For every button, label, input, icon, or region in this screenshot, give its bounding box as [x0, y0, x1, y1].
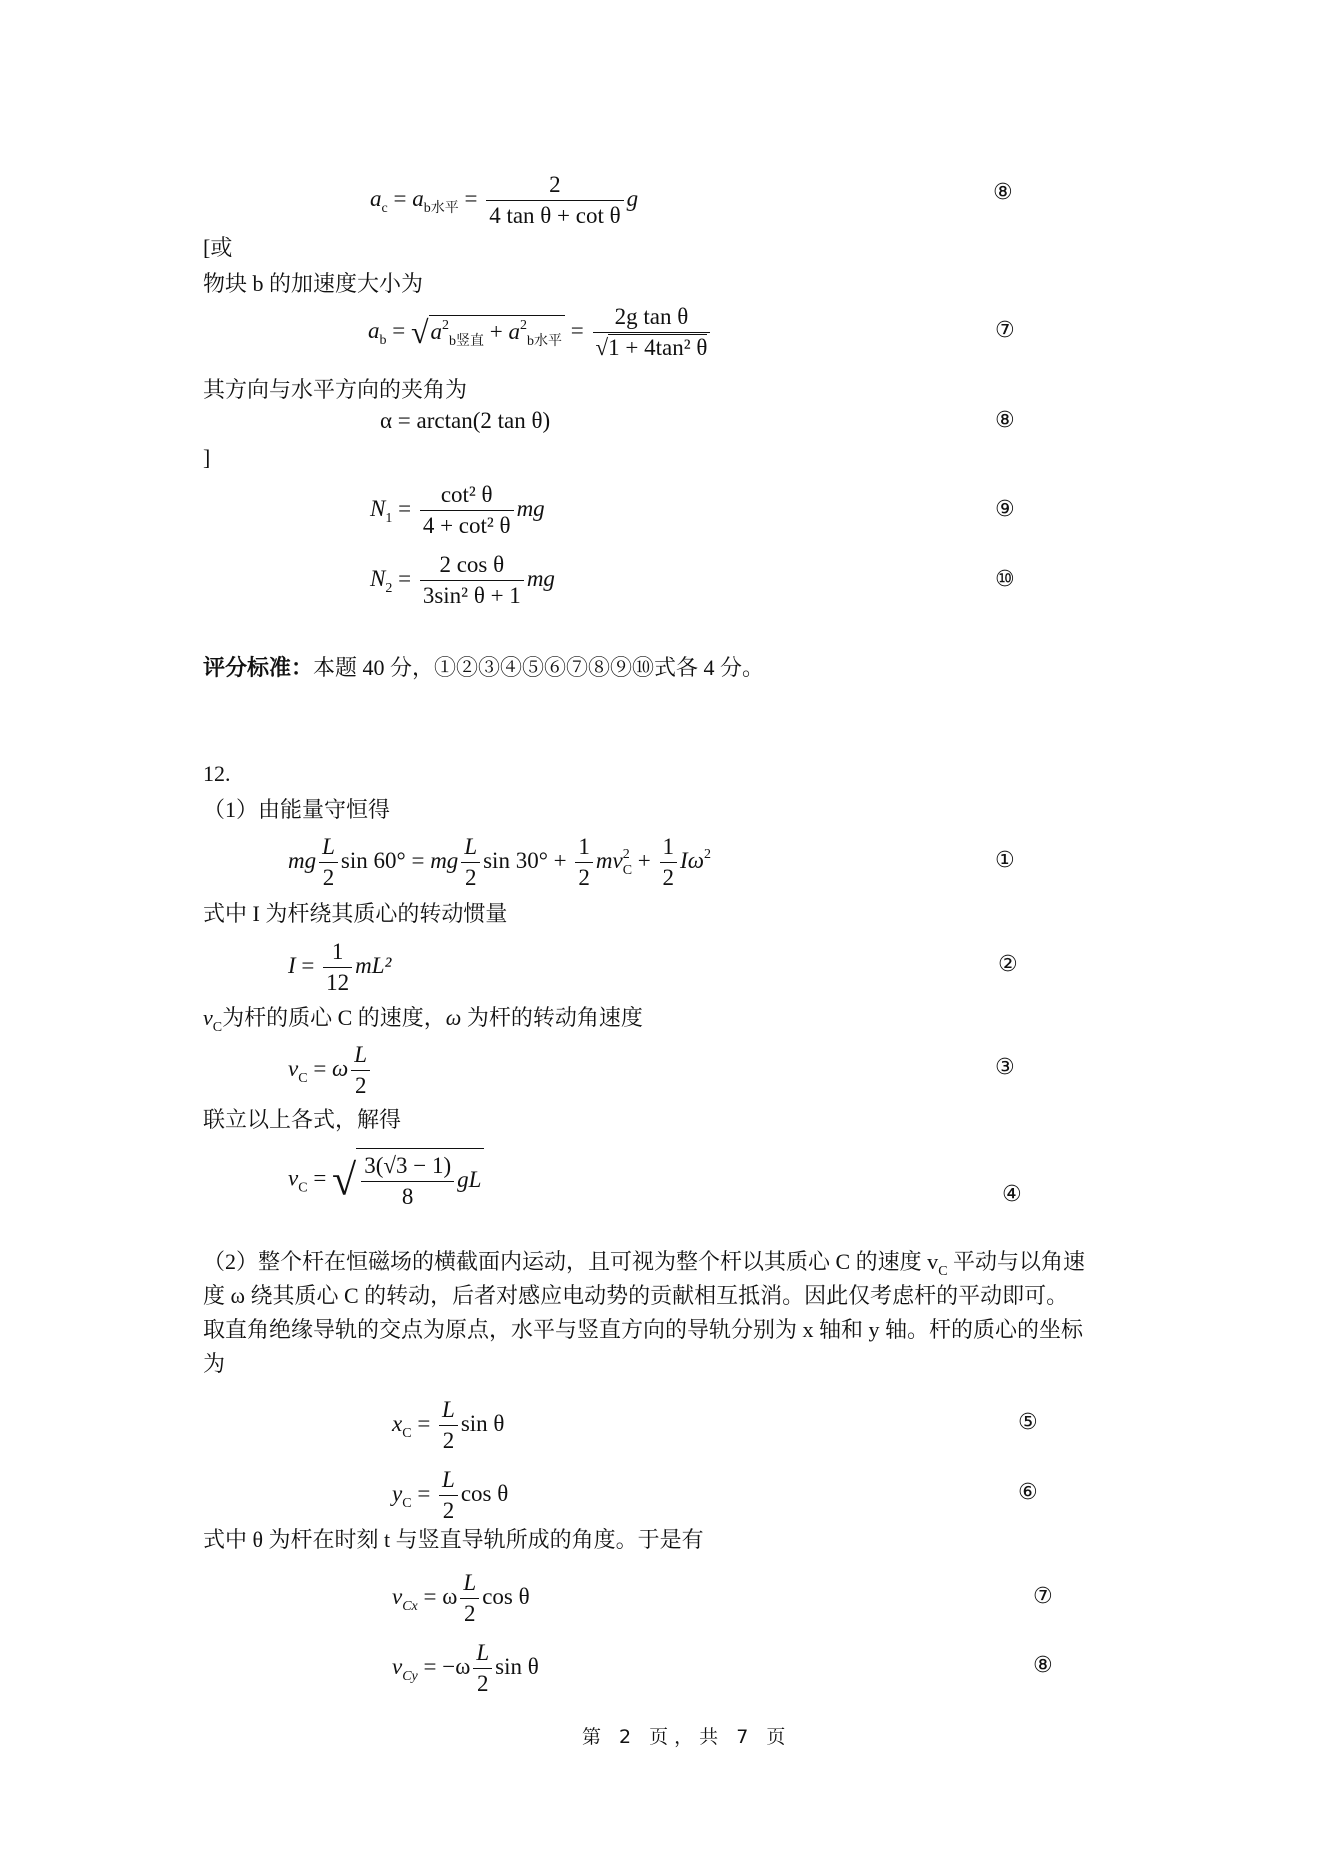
denominator: 4 tan θ + cot θ: [486, 201, 623, 231]
var-a: a: [370, 186, 382, 211]
fraction: 24 tan θ + cot θ: [486, 170, 623, 231]
numerator: 2: [486, 170, 623, 201]
numerator: L: [473, 1638, 492, 1669]
text-line: vC为杆的质心 C 的速度，ω 为杆的转动角速度: [203, 1004, 643, 1042]
equation-number: ①: [995, 848, 1015, 873]
sub-b: b: [380, 333, 387, 348]
equation-number: ⑦: [995, 318, 1015, 343]
sub-c: c: [382, 201, 388, 216]
scoring-line: 评分标准：本题 40 分，①②③④⑤⑥⑦⑧⑨⑩式各 4 分。: [203, 654, 764, 683]
equation-5-xc: xC = L2sin θ: [392, 1395, 504, 1456]
problem-number: 12.: [203, 760, 231, 788]
equation-7-vcx: vCx = ωL2cos θ: [392, 1568, 530, 1629]
text-line: 物块 b 的加速度大小为: [203, 270, 423, 298]
equation-number: ⑩: [995, 567, 1015, 592]
part-2-line-3: 取直角绝缘导轨的交点为原点，水平与竖直方向的导轨分别为 x 轴和 y 轴。杆的质…: [203, 1316, 1083, 1344]
equation-8-alpha: α = arctan(2 tan θ): [380, 408, 550, 434]
equation-1-energy: mgL2sin 60° = mgL2sin 30° + 12mv2C + 12I…: [288, 832, 711, 893]
fraction: cot² θ4 + cot² θ: [420, 480, 514, 541]
var-i: I: [288, 953, 296, 978]
equation-number: ⑧: [995, 408, 1015, 433]
sub-bv: b竖直: [449, 334, 484, 349]
equation-number: ⑨: [995, 497, 1015, 522]
sub-bh: b水平: [527, 334, 562, 349]
var-g: g: [627, 186, 639, 211]
equation-4-vc-result: vC = √3(√3 − 1)8gL: [288, 1148, 484, 1212]
part-1-intro: （1）由能量守恒得: [203, 796, 390, 824]
equation-number: ④: [1002, 1182, 1022, 1207]
denominator: 2: [460, 1599, 479, 1629]
equation-number: ③: [995, 1055, 1015, 1080]
var-v: v: [392, 1654, 402, 1679]
equation-8-ac: ac = ab水平 = 24 tan θ + cot θg: [370, 170, 638, 231]
equation-number: ⑧: [993, 180, 1013, 205]
sqrt: √a2b竖直 + a2b水平: [411, 314, 565, 351]
numerator: 1: [323, 937, 352, 968]
denominator: 2: [439, 1426, 458, 1456]
var-n: N: [370, 566, 385, 591]
equation-number: ②: [998, 952, 1018, 977]
denominator: 12: [323, 968, 352, 998]
denominator-radicand: 1 + 4tan² θ: [608, 334, 707, 360]
equation-3-vc: vC = ωL2: [288, 1040, 373, 1101]
equation-9-n1: N1 = cot² θ4 + cot² θmg: [370, 480, 545, 541]
denominator: 2: [439, 1496, 458, 1526]
numerator: cot² θ: [420, 480, 514, 511]
prefix: = ω: [424, 1584, 458, 1609]
equation-8-vcy: vCy = −ωL2sin θ: [392, 1638, 539, 1699]
scoring-label: 评分标准：: [203, 656, 313, 681]
denominator: 4 + cot² θ: [420, 511, 514, 541]
term: sin θ: [461, 1411, 505, 1436]
scoring-text: 本题 40 分，①②③④⑤⑥⑦⑧⑨⑩式各 4 分。: [313, 655, 764, 680]
alt-close-bracket: ]: [203, 444, 210, 472]
sub-cx: Cx: [402, 1599, 418, 1614]
var-gl: gL: [457, 1167, 481, 1192]
text-line: 式中 θ 为杆在时刻 t 与竖直导轨所成的角度。于是有: [203, 1526, 704, 1554]
var-ml2: mL²: [355, 953, 391, 978]
term: cos θ: [461, 1481, 508, 1506]
fraction: 2g tan θ√1 + 4tan² θ: [593, 302, 711, 363]
var-x: x: [392, 1411, 402, 1436]
page-footer: 第 2 页，共 7 页: [582, 1722, 791, 1749]
sub-bh: b水平: [424, 201, 459, 216]
numerator: L: [439, 1395, 458, 1426]
prefix: = −ω: [424, 1654, 471, 1679]
equation-number: ⑦: [1033, 1584, 1053, 1609]
text-span: （2）整个杆在恒磁场的横截面内运动，且可视为整个杆以其质心 C 的速度 v: [203, 1249, 938, 1274]
equation-10-n2: N2 = 2 cos θ3sin² θ + 1mg: [370, 550, 555, 611]
var-mg: mg: [517, 496, 545, 521]
var-n: N: [370, 496, 385, 521]
equation-number: ⑥: [1018, 1480, 1038, 1505]
text-omega: 为杆的转动角速度: [467, 1005, 643, 1030]
denominator: 3sin² θ + 1: [420, 581, 524, 611]
var-mg: mg: [527, 566, 555, 591]
equation-number: ⑤: [1018, 1410, 1038, 1435]
equation-6-yc: yC = L2cos θ: [392, 1465, 508, 1526]
denominator: 8: [361, 1182, 454, 1212]
text-vc: 为杆的质心 C 的速度，: [222, 1005, 446, 1030]
var-a: a: [412, 186, 424, 211]
numerator: 3(√3 − 1): [361, 1151, 454, 1182]
sub-c: C: [402, 1496, 411, 1511]
equation-number: ⑧: [1033, 1653, 1053, 1678]
text-line: 其方向与水平方向的夹角为: [203, 376, 467, 404]
sub-1: 1: [385, 511, 392, 526]
part-2-line-2: 度 ω 绕其质心 C 的转动，后者对感应电动势的贡献相互抵消。因此仅考虑杆的平动…: [203, 1282, 1068, 1310]
equation-7-ab: ab = √a2b竖直 + a2b水平 = 2g tan θ√1 + 4tan²…: [368, 302, 713, 363]
sub-2: 2: [385, 581, 392, 596]
sub-c: C: [402, 1426, 411, 1441]
var-a: a: [368, 318, 380, 343]
denominator: √1 + 4tan² θ: [593, 333, 711, 363]
part-2-line-4: 为: [203, 1350, 225, 1378]
denominator: 2: [473, 1669, 492, 1699]
fraction: 2 cos θ3sin² θ + 1: [420, 550, 524, 611]
var-v: v: [392, 1584, 402, 1609]
text-line: 式中 I 为杆绕其质心的转动惯量: [203, 900, 507, 928]
sub-cy: Cy: [402, 1669, 418, 1684]
equation-2-inertia: I = 112mL²: [288, 937, 391, 998]
numerator: 2g tan θ: [593, 302, 711, 333]
term: cos θ: [482, 1584, 529, 1609]
numerator: L: [439, 1465, 458, 1496]
numerator: 2 cos θ: [420, 550, 524, 581]
part-2-line-1: （2）整个杆在恒磁场的横截面内运动，且可视为整个杆以其质心 C 的速度 vC 平…: [203, 1248, 1085, 1286]
term: sin θ: [495, 1654, 539, 1679]
text-span: 平动与以角速: [953, 1249, 1085, 1274]
numerator: L: [460, 1568, 479, 1599]
text-line: 联立以上各式，解得: [203, 1106, 401, 1134]
alt-open-bracket: [或: [203, 234, 232, 262]
var-y: y: [392, 1481, 402, 1506]
